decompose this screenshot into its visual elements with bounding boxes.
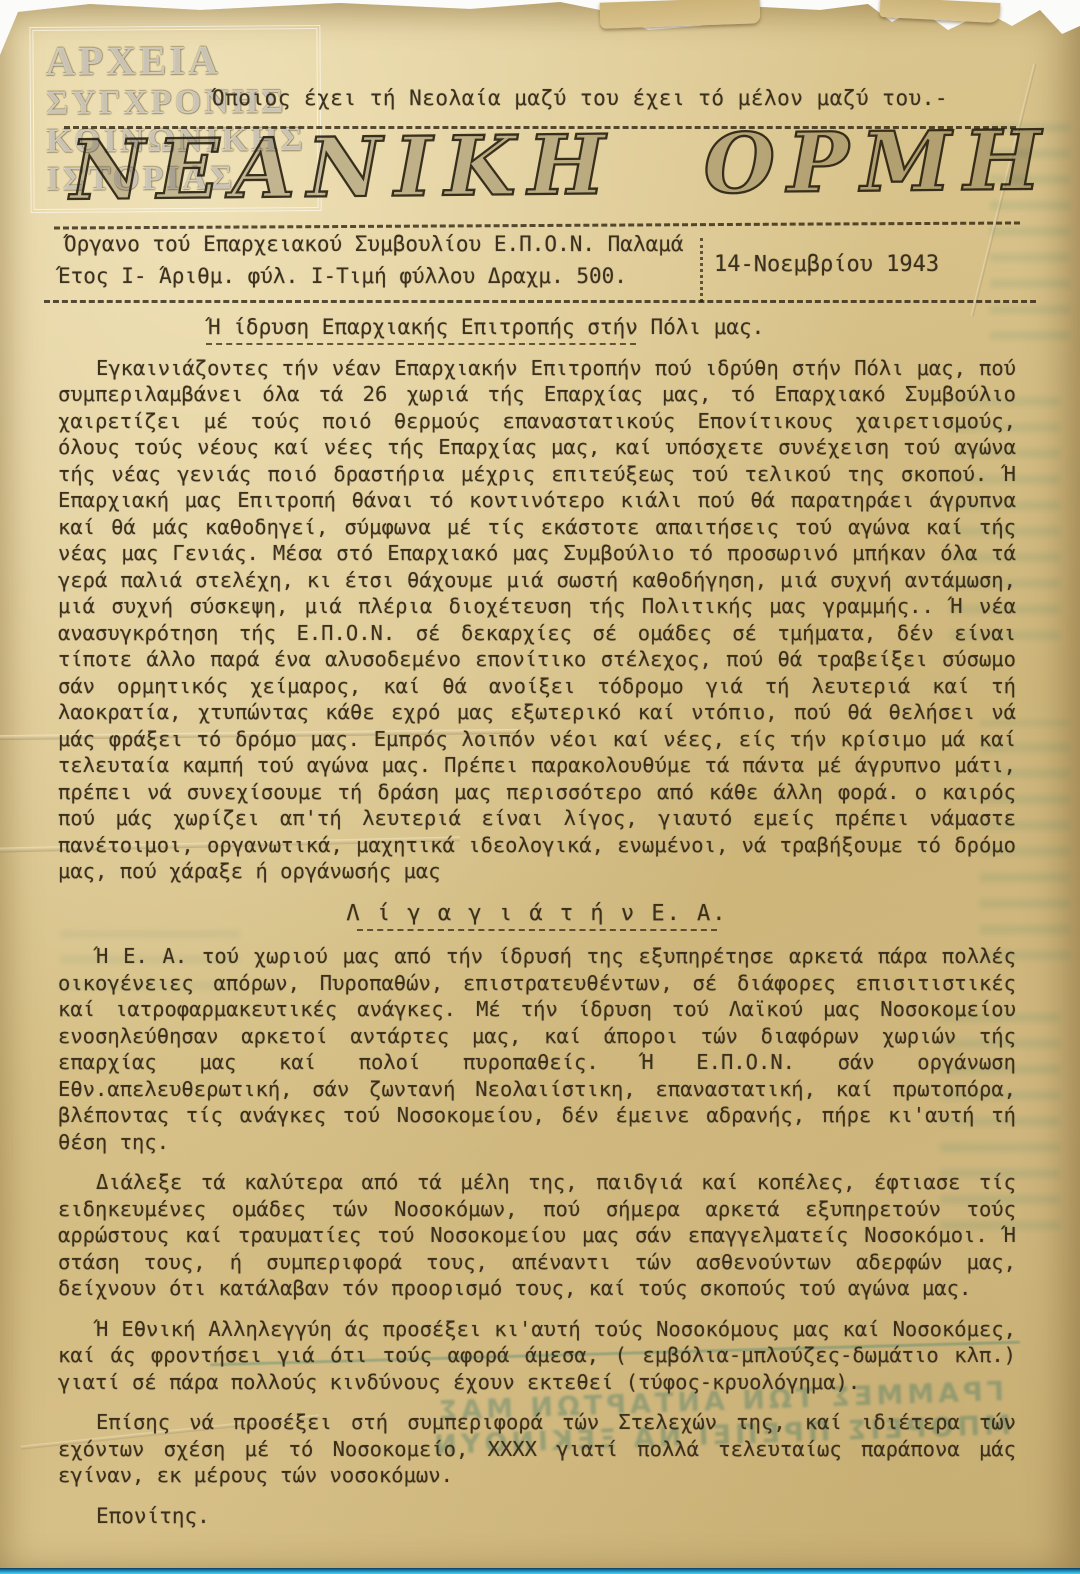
dotted-divider xyxy=(700,238,703,302)
dashed-rule xyxy=(44,300,1036,303)
article-paragraph: Εγκαινιάζοντες τήν νέαν Επαρχιακήν Επιτρ… xyxy=(58,355,1016,885)
article-signature: Επονίτης. xyxy=(58,1503,1016,1530)
watermark-line: ΑΡΧΕΙΑ xyxy=(45,37,305,85)
scanner-edge-strip xyxy=(0,1568,1080,1574)
article-paragraph: Ή Εθνική Αλληλεγγύη άς προσέξει κι'αυτή … xyxy=(58,1316,1016,1396)
article-column: Ή ίδρυση Επαρχιακής Επιτροπής στήν Πόλι … xyxy=(58,314,1016,1533)
article-paragraph: Ή Ε. Α. τού χωριού μας από τήν ίδρυσή τη… xyxy=(58,943,1016,1155)
motto-line: Όποιος έχει τή Νεολαία μαζύ του έχει τό … xyxy=(212,86,948,110)
article1-heading: Ή ίδρυση Επαρχιακής Επιτροπής στήν Πόλι … xyxy=(208,314,1016,341)
article-paragraph: Επίσης νά προσέξει στή συμπεριφορά τών Σ… xyxy=(58,1409,1016,1489)
heading-underline xyxy=(357,929,717,931)
issue-date: 14-Νοεμβρίου 1943 xyxy=(714,252,939,277)
heading-underline xyxy=(206,343,636,345)
scanned-page: ΑΡΧΕΙΑ ΣΥΓΧΡΟΝΗΣ ΚΟΙΝΩΝΙΚΗΣ ΙΣΤΟΡΙΑΣ Όπο… xyxy=(0,0,1080,1574)
organ-line: Όργανο τού Επαρχειακού Συμβουλίου Ε.Π.Ο.… xyxy=(64,232,684,256)
newspaper-title: ΝΕΑΝΙΚΗ ΟΡΜΗ xyxy=(70,113,1021,219)
article-paragraph: Διάλεξε τά καλύτερα από τά μέλη της, παι… xyxy=(58,1169,1016,1302)
article2-heading: Λ ί γ α γ ι ά τ ή ν Ε. Α. xyxy=(58,901,1016,928)
issue-price-line: Έτος Ι- Άριθμ. φύλ. Ι-Τιμή φύλλου Δραχμ.… xyxy=(58,264,627,288)
